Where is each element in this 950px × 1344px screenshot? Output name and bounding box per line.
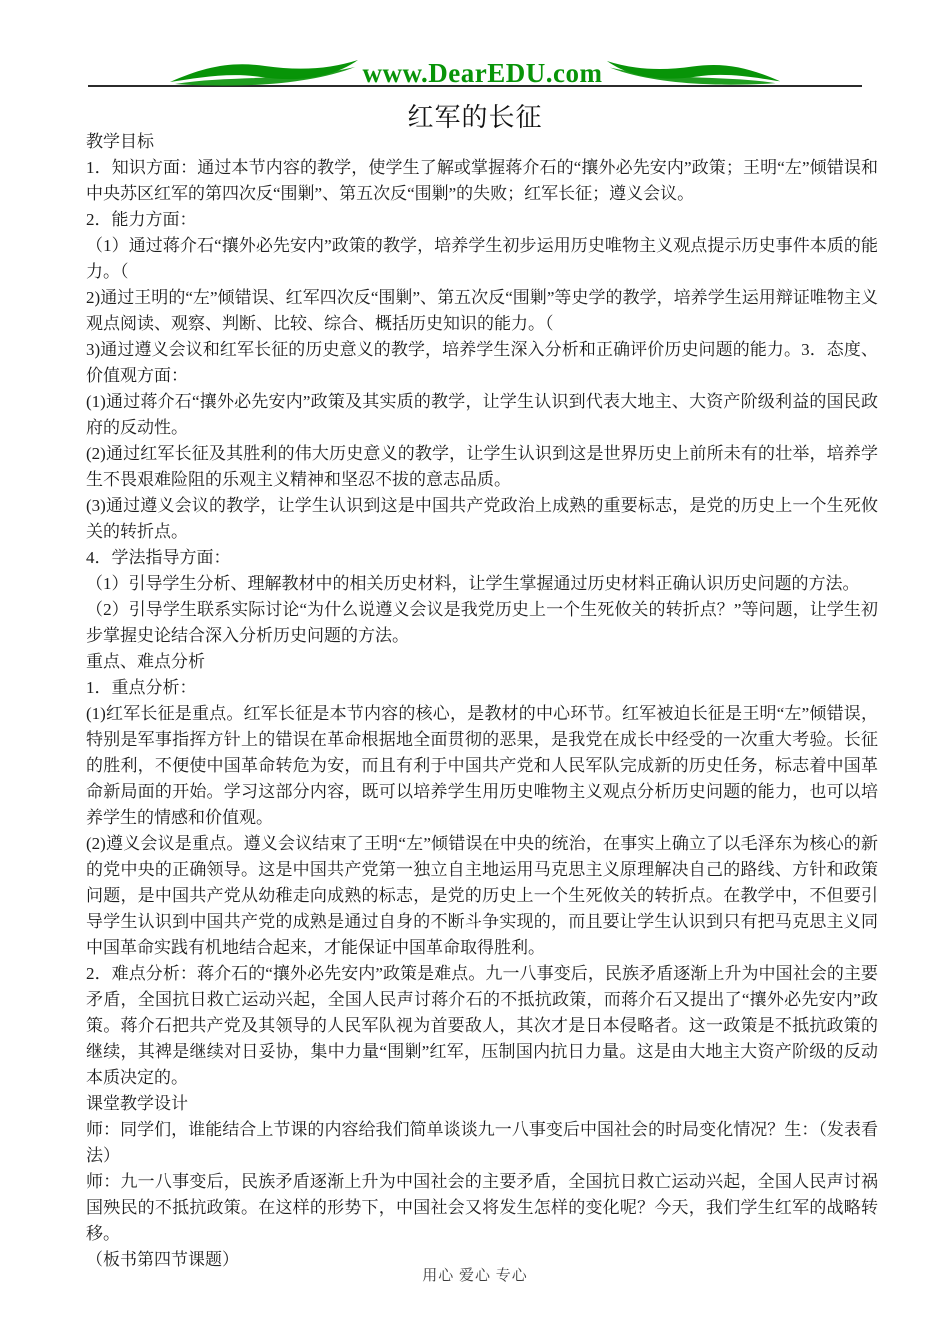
paragraph: 2)通过王明的“左”倾错误、红军四次反“围剿”、第五次反“围剿”等史学的教学，培… xyxy=(86,285,878,337)
paragraph: (2)遵义会议是重点。遵义会议结束了王明“左”倾错误在中央的统治，在事实上确立了… xyxy=(86,831,878,961)
paragraph: （1）通过蒋介石“攘外必先安内”政策的教学，培养学生初步运用历史唯物主义观点提示… xyxy=(86,233,878,285)
paragraph: 教学目标 xyxy=(86,129,878,155)
site-logo: www.DearEDU.com xyxy=(0,54,950,92)
paragraph: （2）引导学生联系实际讨论“为什么说遵义会议是我党历史上一个生死攸关的转折点？”… xyxy=(86,597,878,649)
paragraph: (1)红军长征是重点。红军长征是本节内容的核心，是教材的中心环节。红军被迫长征是… xyxy=(86,701,878,831)
logo-swoosh-right-icon xyxy=(606,58,781,88)
paragraph: （1）引导学生分析、理解教材中的相关历史材料，让学生掌握通过历史材料正确认识历史… xyxy=(86,571,878,597)
footer-motto: 用心 爱心 专心 xyxy=(0,1264,950,1285)
paragraph: (3)通过遵义会议的教学，让学生认识到这是中国共产党政治上成熟的重要标志，是党的… xyxy=(86,493,878,545)
paragraph: (2)通过红军长征及其胜利的伟大历史意义的教学，让学生认识到这是世界历史上前所未… xyxy=(86,441,878,493)
paragraph: 师：同学们，谁能结合上节课的内容给我们简单谈谈九一八事变后中国社会的时局变化情况… xyxy=(86,1117,878,1169)
paragraph: 3)通过遵义会议和红军长征的历史意义的教学，培养学生深入分析和正确评价历史问题的… xyxy=(86,337,878,389)
paragraph: 师：九一八事变后，民族矛盾逐渐上升为中国社会的主要矛盾，全国抗日救亡运动兴起，全… xyxy=(86,1169,878,1247)
paragraph: (1)通过蒋介石“攘外必先安内”政策及其实质的教学，让学生认识到代表大地主、大资… xyxy=(86,389,878,441)
logo-swoosh-left-icon xyxy=(169,58,359,88)
paragraph: 2．能力方面： xyxy=(86,207,878,233)
paragraph: 4．学法指导方面： xyxy=(86,545,878,571)
paragraph: 2．难点分析：蒋介石的“攘外必先安内”政策是难点。九一八事变后，民族矛盾逐渐上升… xyxy=(86,961,878,1091)
paragraph: 课堂教学设计 xyxy=(86,1091,878,1117)
paragraph: 重点、难点分析 xyxy=(86,649,878,675)
logo-text: www.DearEDU.com xyxy=(359,60,607,87)
paragraph: 1．重点分析： xyxy=(86,675,878,701)
document-page: www.DearEDU.com 红军的长征 教学目标 1．知识方面：通过本节内容… xyxy=(0,0,950,1344)
paragraph: 1．知识方面：通过本节内容的教学，使学生了解或掌握蒋介石的“攘外必先安内”政策；… xyxy=(86,155,878,207)
document-body: 教学目标 1．知识方面：通过本节内容的教学，使学生了解或掌握蒋介石的“攘外必先安… xyxy=(86,129,878,1273)
